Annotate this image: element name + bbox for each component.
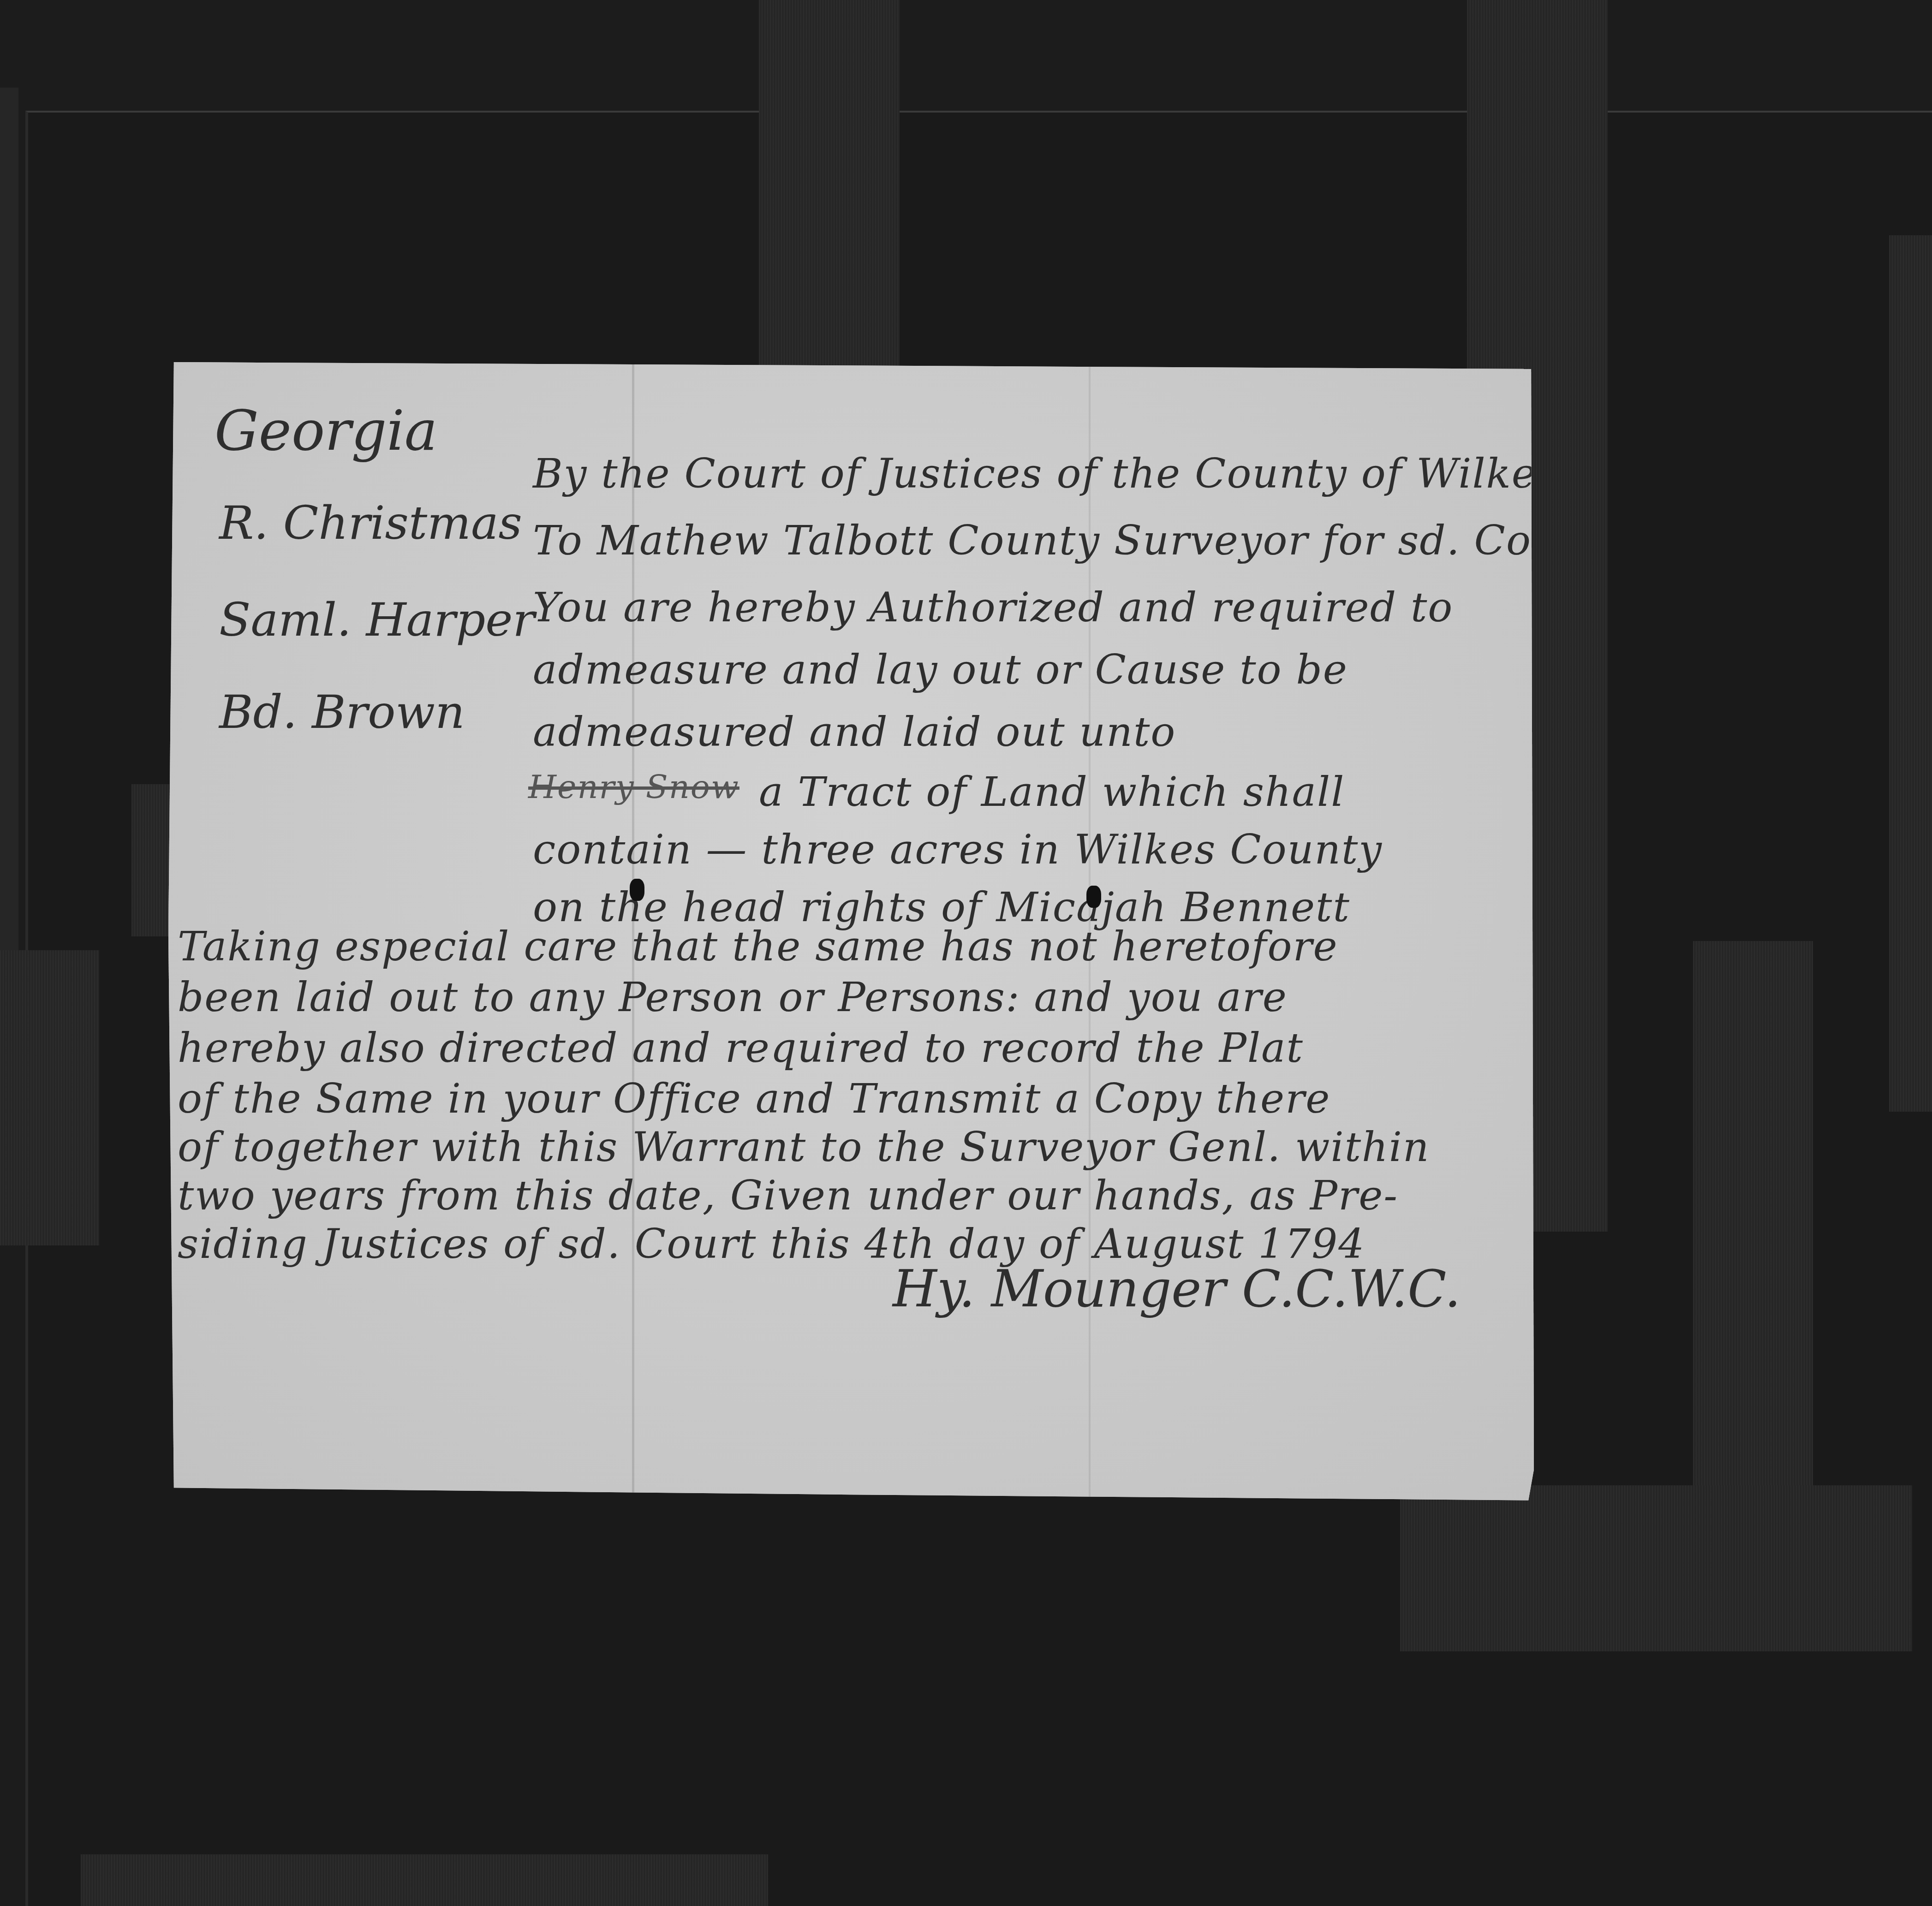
tract-line: a Tract of Land which shall (759, 768, 1345, 816)
tape-strip (1889, 235, 1932, 1112)
body-line: of the Same in your Office and Transmit … (178, 1075, 1330, 1122)
warrant-header-line: By the Court of Justices of the County o… (533, 450, 1558, 497)
body-line: admeasure and lay out or Cause to be (533, 646, 1348, 693)
body-line: hereby also directed and required to rec… (178, 1024, 1304, 1072)
body-line: been laid out to any Person or Persons: … (178, 973, 1288, 1021)
land-warrant-document: Georgia R. Christmas Saml. Harper Bd. Br… (168, 362, 1534, 1504)
warrant-header-line: To Mathew Talbott County Surveyor for sd… (533, 517, 1627, 564)
tape-strip (1693, 941, 1813, 1495)
body-line: admeasured and laid out unto (533, 708, 1176, 756)
body-line: You are hereby Authorized and required t… (533, 584, 1453, 631)
justice-name: Bd. Brown (219, 685, 465, 739)
paper-damage-hole (1086, 886, 1101, 908)
justice-name: Saml. Harper (219, 593, 535, 647)
body-line: of together with this Warrant to the Sur… (178, 1123, 1430, 1171)
tape-strip (0, 950, 99, 1245)
body-line: two years from this date, Given under ou… (178, 1172, 1398, 1219)
tape-strip (1400, 1485, 1912, 1651)
justice-name: R. Christmas (219, 496, 522, 550)
body-line: Taking especial care that the same has n… (178, 923, 1338, 970)
state-heading: Georgia (215, 399, 437, 463)
paper-damage-hole (630, 879, 644, 901)
tape-strip (81, 1854, 768, 1906)
clerk-signature: Hy. Mounger C.C.W.C. (893, 1259, 1461, 1318)
contain-line: contain — three acres in Wilkes County (533, 826, 1383, 873)
struck-name: Henry Snow (528, 768, 739, 806)
